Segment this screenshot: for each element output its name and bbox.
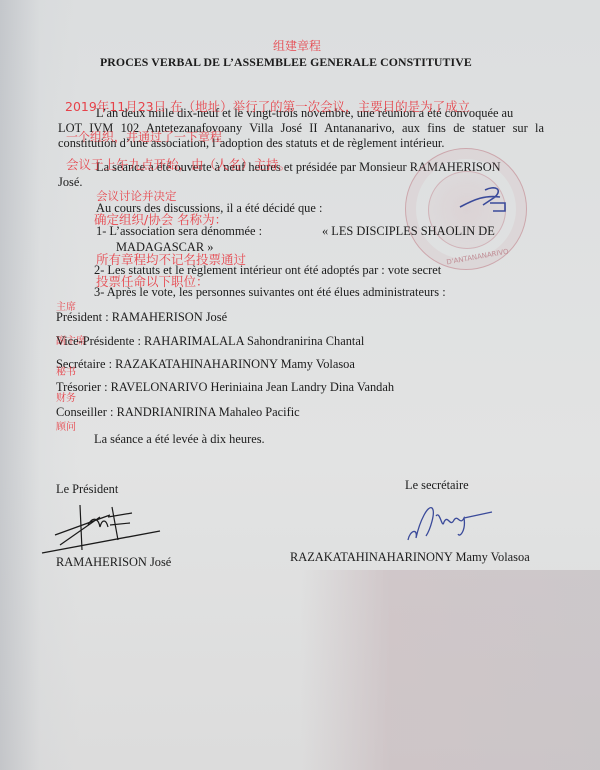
officer-row: Trésorier : RAVELONARIVO Heriniaina Jean… [56, 380, 394, 394]
document-title: PROCES VERBAL DE L’ASSEMBLEE GENERALE CO… [100, 55, 472, 69]
decision-item3: 3- Après le vote, les personnes suivante… [94, 285, 446, 299]
stamp-text: D'ANTANANARIVO [446, 248, 509, 267]
document-page: 组建章程 PROCES VERBAL DE L’ASSEMBLEE GENERA… [0, 0, 600, 770]
officer-row: Vice-Présidente : RAHARIMALALA Sahondran… [56, 334, 364, 348]
separator: : [102, 310, 112, 324]
officer-name: RANDRIANIRINA Mahaleo Pacific [117, 405, 300, 419]
annotation-officer: 顾问 [56, 421, 76, 434]
secretary-label: Le secrétaire [405, 478, 469, 492]
officer-role: Président [56, 310, 102, 324]
annotation-paragraph2: 会议于上午九点开始，由（人名）主持。 [66, 158, 291, 171]
annotation-paragraph1-line2: 一个组织，并通过了一下章程 [66, 131, 222, 144]
officer-row: Conseiller : RANDRIANIRINA Mahaleo Pacif… [56, 405, 300, 419]
officer-role: Conseiller [56, 405, 107, 419]
decision-item1-name: « LES DISCIPLES SHAOLIN DE [322, 224, 495, 238]
closing-statement: La séance a été levée à dix heures. [94, 432, 265, 446]
background-shading [300, 570, 600, 770]
secretary-name: RAZAKATAHINAHARINONY Mamy Volasoa [290, 550, 530, 564]
president-label: Le Président [56, 482, 118, 496]
annotation-officer: 财务 [56, 392, 76, 405]
paragraph2-line2: José. [58, 175, 82, 189]
annotation-paragraph1-line1: 2019年11月23日 在（地址）举行了的第一次会议，主要目的是为了成立 [65, 100, 470, 113]
secretary-signature [400, 500, 500, 545]
officer-name: RAVELONARIVO Heriniaina Jean Landry Dina… [111, 380, 394, 394]
stamp-signature [455, 185, 515, 215]
decision-item1-prefix: 1- L’association sera dénommée : [96, 224, 262, 238]
separator: : [106, 357, 116, 371]
annotation-officer: 秘书 [56, 366, 76, 379]
annotation-title: 组建章程 [273, 40, 321, 53]
officer-name: RAMAHERISON José [112, 310, 227, 324]
separator: : [101, 380, 111, 394]
officer-row: Président : RAMAHERISON José [56, 310, 227, 324]
officer-name: RAZAKATAHINAHARINONY Mamy Volasoa [115, 357, 355, 371]
president-name: RAMAHERISON José [56, 555, 171, 569]
officer-row: Secrétaire : RAZAKATAHINAHARINONY Mamy V… [56, 357, 355, 371]
officer-role: Vice-Présidente [56, 334, 134, 348]
president-signature [40, 495, 170, 555]
separator: : [107, 405, 117, 419]
officer-name: RAHARIMALALA Sahondranirina Chantal [144, 334, 364, 348]
separator: : [134, 334, 144, 348]
